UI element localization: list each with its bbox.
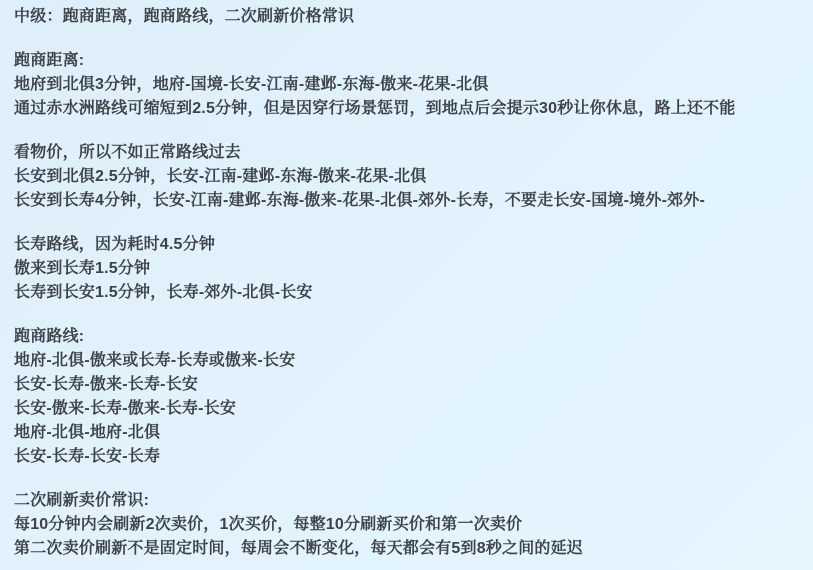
- text-line: 地府-北俱-地府-北俱: [14, 421, 803, 445]
- title-paragraph: 中级：跑商距离，跑商路线，二次刷新价格常识: [14, 5, 803, 29]
- section-heading: 二次刷新卖价常识:: [14, 489, 803, 513]
- text-line: 长安-长寿-长安-长寿: [14, 445, 803, 469]
- text-line: 长安到北俱2.5分钟，长安-江南-建邺-东海-傲来-花果-北俱: [14, 165, 803, 189]
- paragraph-trade-routes: 跑商路线: 地府-北俱-傲来或长寿-长寿或傲来-长安 长安-长寿-傲来-长寿-长…: [14, 325, 803, 469]
- text-line: 长寿到长安1.5分钟，长寿-郊外-北俱-长安: [14, 281, 803, 305]
- text-line: 长安到长寿4分钟，长安-江南-建邺-东海-傲来-花果-北俱-郊外-长寿，不要走长…: [14, 189, 803, 213]
- text-line: 长寿路线，因为耗时4.5分钟: [14, 233, 803, 257]
- text-line: 看物价，所以不如正常路线过去: [14, 141, 803, 165]
- text-line: 长安-傲来-长寿-傲来-长寿-长安: [14, 397, 803, 421]
- section-heading: 跑商距离:: [14, 49, 803, 73]
- text-line: 长安-长寿-傲来-长寿-长安: [14, 373, 803, 397]
- text-line: 地府-北俱-傲来或长寿-长寿或傲来-长安: [14, 349, 803, 373]
- text-line: 通过赤水洲路线可缩短到2.5分钟，但是因穿行场景惩罚，到地点后会提示30秒让你休…: [14, 97, 803, 121]
- paragraph-distance: 跑商距离: 地府到北俱3分钟，地府-国境-长安-江南-建邺-东海-傲来-花果-北…: [14, 49, 803, 121]
- text-line: 第二次卖价刷新不是固定时间，每周会不断变化，每天都会有5到8秒之间的延迟: [14, 537, 803, 561]
- paragraph-changshou-route: 长寿路线，因为耗时4.5分钟 傲来到长寿1.5分钟 长寿到长安1.5分钟，长寿-…: [14, 233, 803, 305]
- text-line: 地府到北俱3分钟，地府-国境-长安-江南-建邺-东海-傲来-花果-北俱: [14, 73, 803, 97]
- page-title: 中级：跑商距离，跑商路线，二次刷新价格常识: [14, 5, 803, 29]
- document-page: 中级：跑商距离，跑商路线，二次刷新价格常识 跑商距离: 地府到北俱3分钟，地府-…: [0, 0, 813, 570]
- section-heading: 跑商路线:: [14, 325, 803, 349]
- paragraph-price-refresh: 二次刷新卖价常识: 每10分钟内会刷新2次卖价，1次买价，每整10分刷新买价和第…: [14, 489, 803, 561]
- text-line: 每10分钟内会刷新2次卖价，1次买价，每整10分刷新买价和第一次卖价: [14, 513, 803, 537]
- paragraph-distance-continued: 看物价，所以不如正常路线过去 长安到北俱2.5分钟，长安-江南-建邺-东海-傲来…: [14, 141, 803, 213]
- text-line: 傲来到长寿1.5分钟: [14, 257, 803, 281]
